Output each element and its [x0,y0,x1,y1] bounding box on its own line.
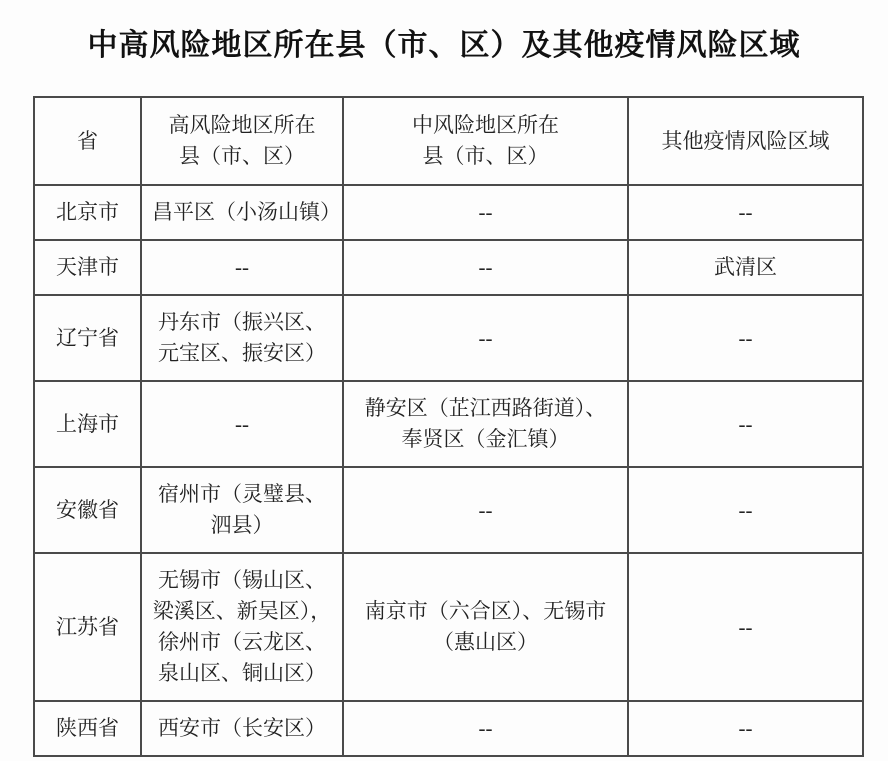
cell-mid-risk: 静安区（芷江西路街道）、 奉贤区（金汇镇） [343,381,628,467]
cell-mid-risk: -- [343,295,628,381]
cell-other-risk: 武清区 [628,240,863,295]
cell-province: 江苏省 [34,553,141,701]
document-page: 中高风险地区所在县（市、区）及其他疫情风险区域 省 高风险地区所在 县（市、区）… [0,0,888,761]
cell-other-risk: -- [628,701,863,756]
cell-mid-risk: -- [343,240,628,295]
cell-high-risk: -- [141,381,343,467]
cell-high-risk: -- [141,240,343,295]
table-row-tianjin: 天津市 -- -- 武清区 [34,240,863,295]
column-header-mid-risk: 中风险地区所在 县（市、区） [343,97,628,185]
column-header-other-risk: 其他疫情风险区域 [628,97,863,185]
cell-province: 陕西省 [34,701,141,756]
cell-province: 上海市 [34,381,141,467]
cell-high-risk: 无锡市（锡山区、 梁溪区、新吴区）， 徐州市（云龙区、 泉山区、铜山区） [141,553,343,701]
cell-high-risk: 昌平区（小汤山镇） [141,185,343,240]
table-row-shanghai: 上海市 -- 静安区（芷江西路街道）、 奉贤区（金汇镇） -- [34,381,863,467]
cell-high-risk: 丹东市（振兴区、 元宝区、振安区） [141,295,343,381]
table-row-shaanxi: 陕西省 西安市（长安区） -- -- [34,701,863,756]
cell-mid-risk: -- [343,467,628,553]
cell-province: 天津市 [34,240,141,295]
column-header-high-risk: 高风险地区所在 县（市、区） [141,97,343,185]
column-header-province: 省 [34,97,141,185]
cell-other-risk: -- [628,295,863,381]
cell-high-risk: 宿州市（灵璧县、 泗县） [141,467,343,553]
table-header-row: 省 高风险地区所在 县（市、区） 中风险地区所在 县（市、区） 其他疫情风险区域 [34,97,863,185]
cell-province: 辽宁省 [34,295,141,381]
cell-other-risk: -- [628,381,863,467]
table-row-anhui: 安徽省 宿州市（灵璧县、 泗县） -- -- [34,467,863,553]
cell-province: 安徽省 [34,467,141,553]
cell-high-risk: 西安市（长安区） [141,701,343,756]
table-row-liaoning: 辽宁省 丹东市（振兴区、 元宝区、振安区） -- -- [34,295,863,381]
cell-province: 北京市 [34,185,141,240]
risk-area-table: 省 高风险地区所在 县（市、区） 中风险地区所在 县（市、区） 其他疫情风险区域… [33,96,864,757]
cell-other-risk: -- [628,185,863,240]
cell-mid-risk: -- [343,701,628,756]
table-row-beijing: 北京市 昌平区（小汤山镇） -- -- [34,185,863,240]
page-title: 中高风险地区所在县（市、区）及其他疫情风险区域 [0,20,888,64]
cell-other-risk: -- [628,553,863,701]
cell-mid-risk: 南京市（六合区）、无锡市 （惠山区） [343,553,628,701]
table-row-jiangsu: 江苏省 无锡市（锡山区、 梁溪区、新吴区）， 徐州市（云龙区、 泉山区、铜山区）… [34,553,863,701]
cell-mid-risk: -- [343,185,628,240]
cell-other-risk: -- [628,467,863,553]
